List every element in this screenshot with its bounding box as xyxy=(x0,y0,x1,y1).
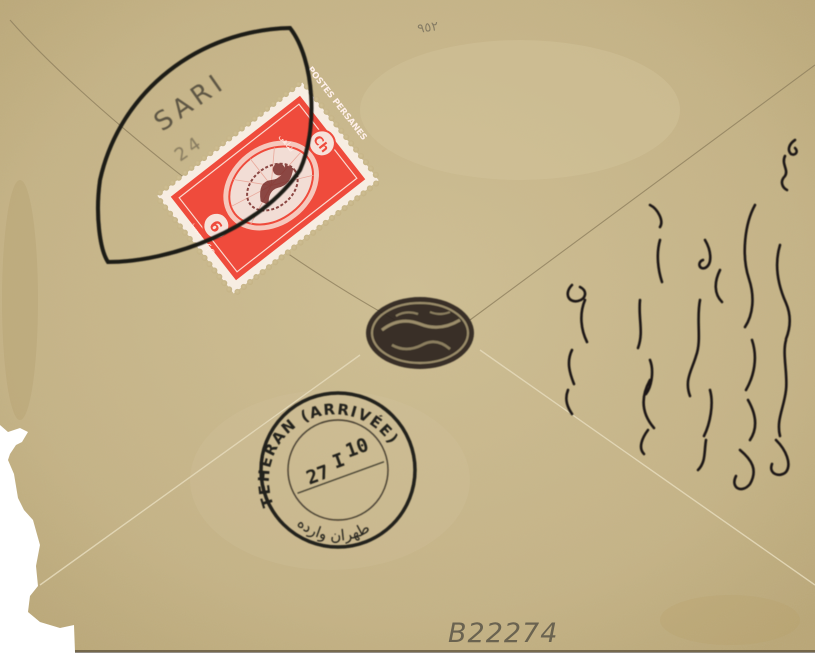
envelope-scene: ٩٥٢ xyxy=(0,0,815,659)
oval-seal xyxy=(366,297,474,369)
bottom-edge-shadow xyxy=(75,650,815,653)
pencil-annotation-top: ٩٥٢ xyxy=(416,19,439,37)
pencil-annotation-bottom: B22274 xyxy=(448,618,558,649)
